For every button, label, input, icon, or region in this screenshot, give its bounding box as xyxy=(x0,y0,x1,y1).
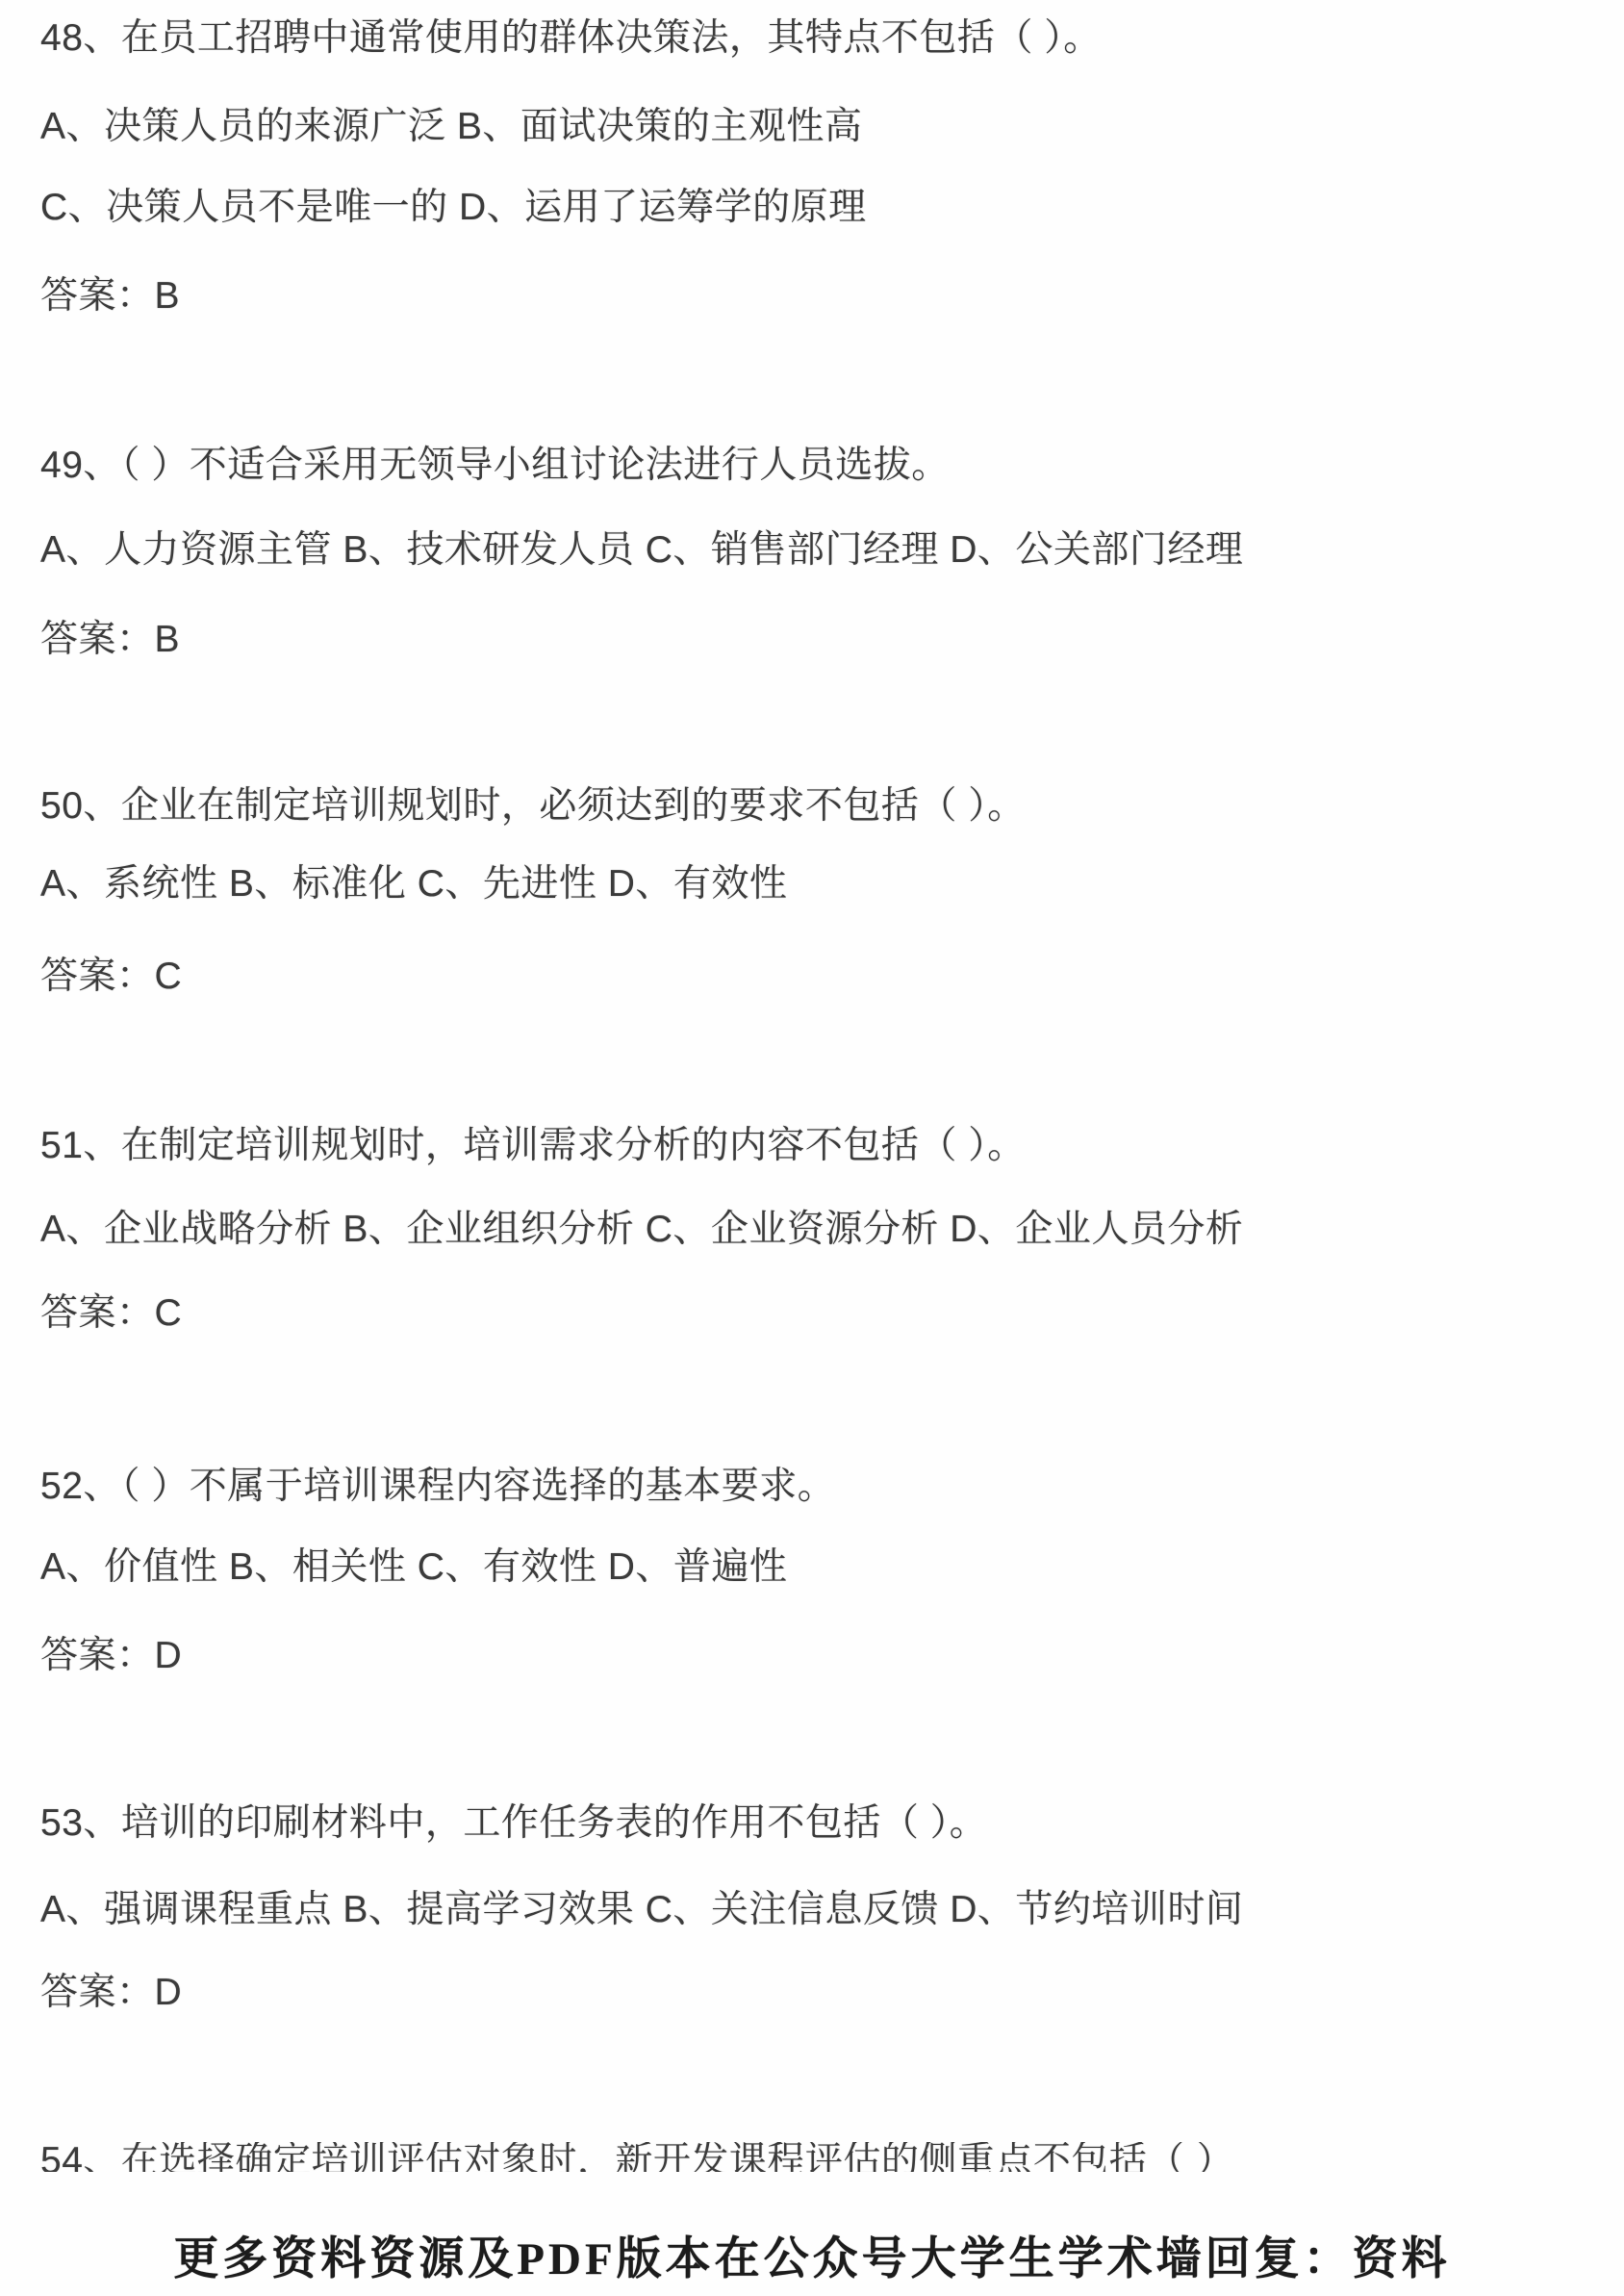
question-52-stem: 52、（ ）不属于培训课程内容选择的基本要求。 xyxy=(40,1466,1605,1508)
question-52-answer: 答案：D xyxy=(40,1635,1605,1677)
question-50-options: A、系统性 B、标准化 C、先进性 D、有效性 xyxy=(40,863,1605,906)
answer-value: B xyxy=(155,275,181,317)
question-52-options: A、价值性 B、相关性 C、有效性 D、普遍性 xyxy=(40,1546,1605,1589)
answer-label: 答案： xyxy=(40,956,155,997)
question-51-stem: 51、在制定培训规划时，培训需求分析的内容不包括（ ）。 xyxy=(40,1125,1605,1167)
question-49-options: A、人力资源主管 B、技术研发人员 C、销售部门经理 D、公关部门经理 xyxy=(40,529,1605,572)
question-53-stem: 53、培训的印刷材料中，工作任务表的作用不包括（ ）。 xyxy=(40,1802,1605,1845)
answer-value: C xyxy=(155,1292,183,1334)
question-53-answer: 答案：D xyxy=(40,1972,1605,2014)
exam-document-page: 48、在员工招聘中通常使用的群体决策法，其特点不包括（ ）。 A、决策人员的来源… xyxy=(0,0,1624,2296)
answer-label: 答案： xyxy=(40,1972,155,2013)
answer-value: D xyxy=(155,1972,183,2013)
answer-label: 答案： xyxy=(40,619,155,660)
question-54-stem-clipped: 54、在选择确定培训评估对象时，新开发课程评估的侧重点不包括（ ） xyxy=(40,2142,1605,2172)
answer-label: 答案： xyxy=(40,1292,155,1334)
question-51-options: A、企业战略分析 B、企业组织分析 C、企业资源分析 D、企业人员分析 xyxy=(40,1209,1605,1251)
question-49-stem: 49、（ ）不适合采用无领导小组讨论法进行人员选拔。 xyxy=(40,445,1605,487)
question-48-stem: 48、在员工招聘中通常使用的群体决策法，其特点不包括（ ）。 xyxy=(40,17,1605,60)
question-48-options-cd: C、决策人员不是唯一的 D、运用了运筹学的原理 xyxy=(40,187,1605,229)
question-48-options-ab: A、决策人员的来源广泛 B、面试决策的主观性高 xyxy=(40,106,1605,148)
footer-promo-text: 更多资料资源及PDF版本在公众号大学生学术墙回复：资料 xyxy=(0,2223,1624,2287)
answer-label: 答案： xyxy=(40,1635,155,1676)
question-50-answer: 答案：C xyxy=(40,956,1605,998)
answer-value: B xyxy=(155,619,181,660)
question-49-answer: 答案：B xyxy=(40,619,1605,661)
question-50-stem: 50、企业在制定培训规划时，必须达到的要求不包括（ ）。 xyxy=(40,785,1605,828)
question-53-options: A、强调课程重点 B、提高学习效果 C、关注信息反馈 D、节约培训时间 xyxy=(40,1889,1605,1931)
question-48-answer: 答案：B xyxy=(40,275,1605,318)
answer-value: D xyxy=(155,1635,183,1676)
question-51-answer: 答案：C xyxy=(40,1292,1605,1335)
answer-label: 答案： xyxy=(40,275,155,317)
answer-value: C xyxy=(155,956,183,997)
